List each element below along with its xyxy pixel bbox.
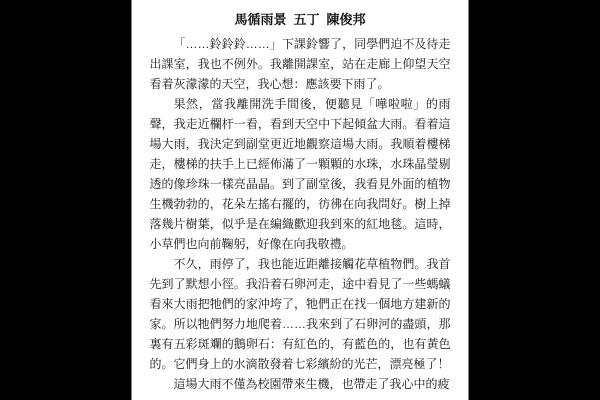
essay-author: 陳俊邦 xyxy=(327,12,366,27)
essay-paragraph: 這場大雨不僅為校園帶來生機，也帶走了我心中的疲 xyxy=(150,374,451,394)
essay-body: 「……鈴鈴鈴……」下課鈴響了，同學們迫不及待走出課室，我也不例外。我離開課室，站… xyxy=(150,34,451,394)
viewer-background: 馬循雨景五丁陳俊邦 「……鈴鈴鈴……」下課鈴響了，同學們迫不及待走出課室，我也不… xyxy=(0,0,600,400)
document-page: 馬循雨景五丁陳俊邦 「……鈴鈴鈴……」下課鈴響了，同學們迫不及待走出課室，我也不… xyxy=(132,0,469,400)
essay-paragraph: 果然，當我離開洗手間後，便聽見「嘩啦啦」的雨聲，我走近欄杆一看，看到天空中下起傾… xyxy=(150,94,451,254)
essay-paragraph: 不久，雨停了，我也能近距離接觸花草植物們。我首先到了默想小徑。我沿着石卵河走，途… xyxy=(150,254,451,374)
essay-class: 五丁 xyxy=(293,12,319,27)
essay-paragraph: 「……鈴鈴鈴……」下課鈴響了，同學們迫不及待走出課室，我也不例外。我離開課室，站… xyxy=(150,34,451,94)
essay-title: 馬循雨景 xyxy=(234,12,286,27)
essay-title-line: 馬循雨景五丁陳俊邦 xyxy=(132,11,469,28)
